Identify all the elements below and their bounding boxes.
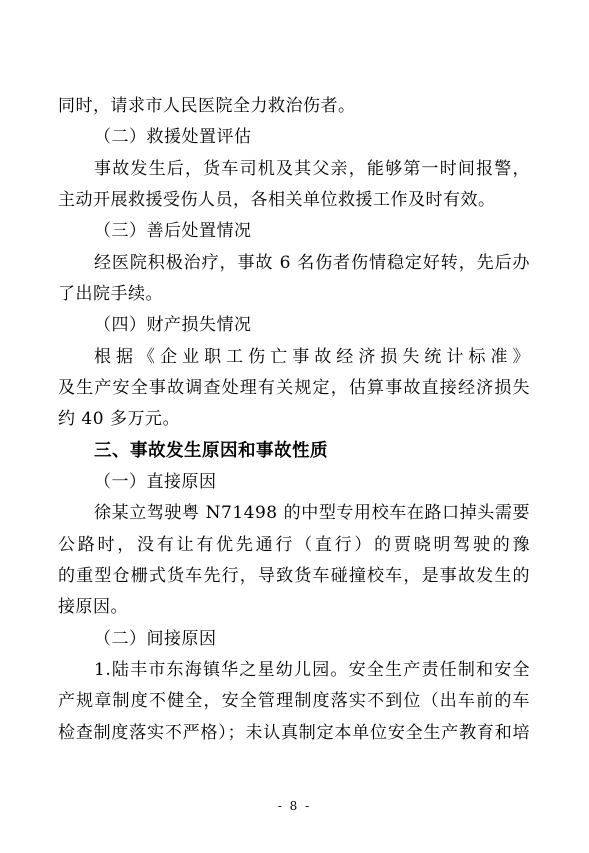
text-line: 检查制度落实不严格）；未认真制定本单位安全生产教育和培 [58, 718, 530, 749]
text-line: 徐某立驾驶粤 N71498 的中型专用校车在路口掉头需要横过 [58, 498, 530, 529]
document-page: 同时，请求市人民医院全力救治伤者。（二）救援处置评估事故发生后，货车司机及其父亲… [0, 0, 589, 853]
text-line: 主动开展救援受伤人员，各相关单位救援工作及时有效。 [58, 185, 530, 216]
text-line: 同时，请求市人民医院全力救治伤者。 [58, 91, 530, 122]
text-line: 根据《企业职工伤亡事故经济损失统计标准》（GB6721） [58, 342, 530, 373]
text-line: 1.陆丰市东海镇华之星幼儿园。安全生产责任制和安全生 [58, 655, 530, 686]
text-line: 的重型仓栅式货车先行，导致货车碰撞校车，是事故发生的直 [58, 561, 530, 592]
document-body: 同时，请求市人民医院全力救治伤者。（二）救援处置评估事故发生后，货车司机及其父亲… [58, 91, 530, 749]
text-line: 经医院积极治疗，事故 6 名伤者伤情稳定好转，先后办理 [58, 248, 530, 279]
text-line: 事故发生后，货车司机及其父亲，能够第一时间报警，并 [58, 154, 530, 185]
text-line: 公路时，没有让有优先通行（直行）的贾晓明驾驶的豫 S29520 [58, 530, 530, 561]
text-line: （一）直接原因 [58, 467, 530, 498]
text-line: 约 40 多万元。 [58, 404, 530, 435]
text-line: 接原因。 [58, 592, 530, 623]
text-line: （二）救援处置评估 [58, 122, 530, 153]
text-line: 及生产安全事故调查处理有关规定，估算事故直接经济损失共 [58, 373, 530, 404]
text-line: 产规章制度不健全，安全管理制度落实不到位（出车前的车况 [58, 686, 530, 717]
text-line: （四）财产损失情况 [58, 310, 530, 341]
text-line: （二）间接原因 [58, 624, 530, 655]
text-line: 了出院手续。 [58, 279, 530, 310]
page-number: - 8 - [0, 799, 589, 813]
text-line: （三）善后处置情况 [58, 216, 530, 247]
section-heading: 三、事故发生原因和事故性质 [58, 436, 530, 467]
